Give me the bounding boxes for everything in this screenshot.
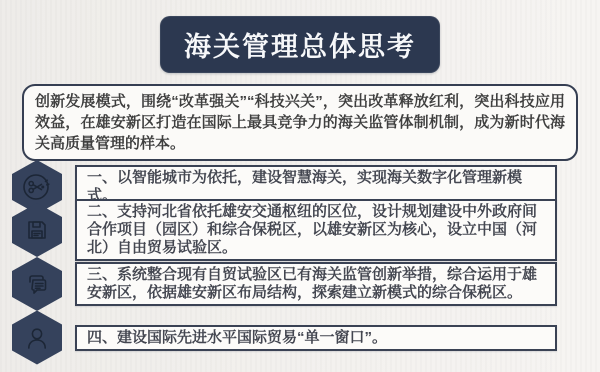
chat-bubbles-icon [12,257,62,311]
list-item: 四、建设国际先进水平国际贸易“单一窗口”。 [12,311,557,364]
list-item: 三、系统整合现有自贸试验区已有海关监管创新举措，综合运用于雄安新区，依据雄安新区… [12,259,557,309]
item-text-3: 三、系统整合现有自贸试验区已有海关监管创新举措，综合运用于雄安新区，依据雄安新区… [75,262,557,306]
list-item: 二、支持河北省依托雄安交通枢纽的区位，设计规划建设中外政府间合作项目（园区）和综… [12,201,557,259]
item-text-4: 四、建设国际先进水平国际贸易“单一窗口”。 [75,325,557,351]
item-text-2: 二、支持河北省依托雄安交通枢纽的区位，设计规划建设中外政府间合作项目（园区）和综… [75,199,557,261]
user-icon [12,311,62,365]
floppy-disk-icon [12,203,62,257]
intro-paragraph: 创新发展模式，围绕“改革强关”“科技兴关”，突出改革释放红利，突出科技应用效益，… [22,84,578,161]
slide-customs-management: 海关管理总体思考 创新发展模式，围绕“改革强关”“科技兴关”，突出改革释放红利，… [0,0,600,372]
page-title: 海关管理总体思考 [160,16,440,73]
